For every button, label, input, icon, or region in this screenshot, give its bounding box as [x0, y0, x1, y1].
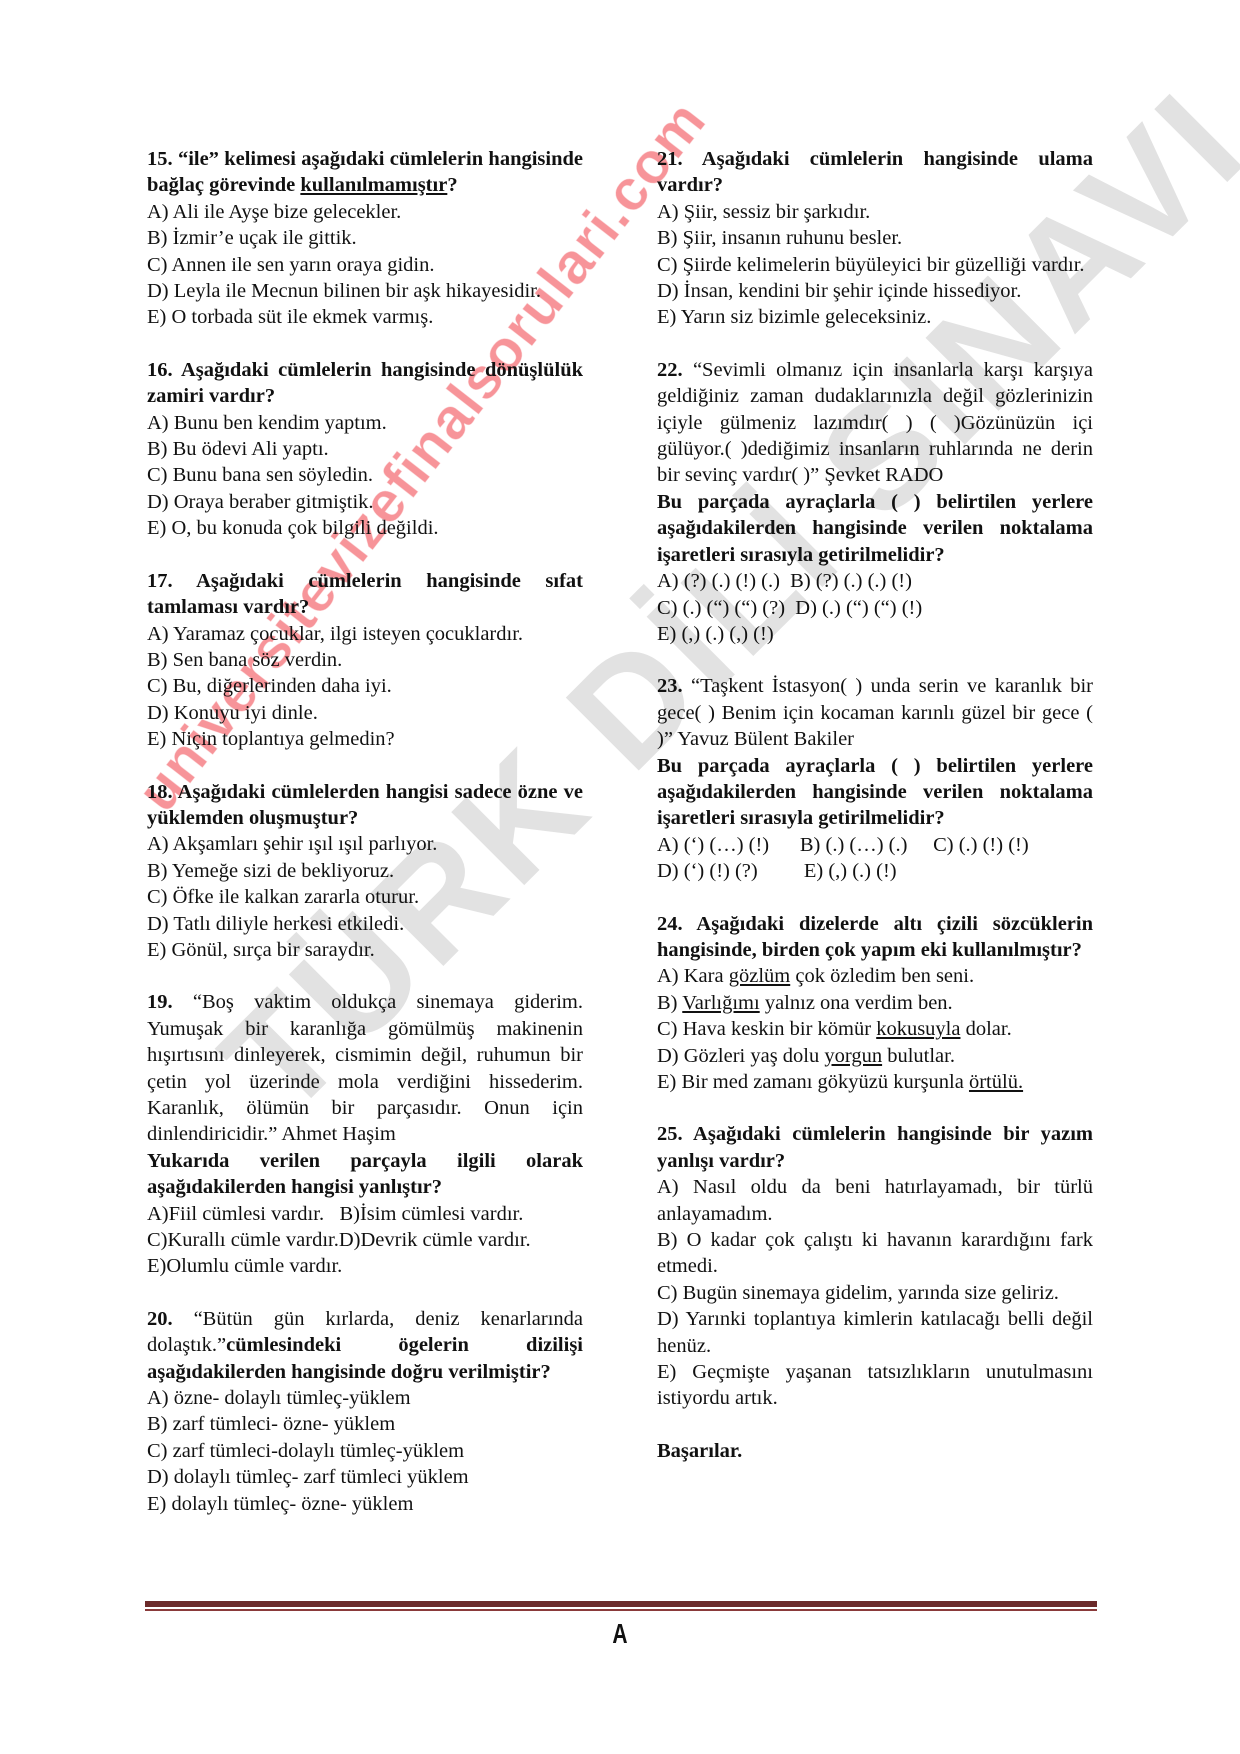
option-d[interactable]: D) Yarınki toplantıya kimlerin katılacağ…	[657, 1306, 1093, 1359]
question-18: 18. Aşağıdaki cümlelerden hangisi sadece…	[147, 779, 583, 964]
option-d[interactable]: D) Konuyu iyi dinle.	[147, 700, 583, 726]
question-stem: 25. Aşağıdaki cümlelerin hangisinde bir …	[657, 1121, 1093, 1174]
options-c-d[interactable]: C) (.) (“) (“) (?) D) (.) (“) (“) (!)	[657, 595, 1093, 621]
option-e[interactable]: E)Olumlu cümle vardır.	[147, 1253, 583, 1279]
option-e[interactable]: E) Yarın siz bizimle geleceksiniz.	[657, 304, 1093, 330]
question-24: 24. Aşağıdaki dizelerde altı çizili sözc…	[657, 911, 1093, 1096]
question-22: 22. “Sevimli olmanız için insanlarla kar…	[657, 357, 1093, 647]
question-23: 23. “Taşkent İstasyon( ) unda serin ve k…	[657, 673, 1093, 884]
option-a[interactable]: A) Yaramaz çocuklar, ilgi isteyen çocukl…	[147, 621, 583, 647]
question-stem: Yukarıda verilen parçayla ilgili olarak …	[147, 1148, 583, 1201]
underlined-word: gözlüm	[729, 965, 791, 987]
option-a[interactable]: A) Nasıl oldu da beni hatırlayamadı, bir…	[657, 1174, 1093, 1227]
options-d-e[interactable]: D) (‘) (!) (?) E) (,) (.) (!)	[657, 858, 1093, 884]
question-stem: 24. Aşağıdaki dizelerde altı çizili sözc…	[657, 911, 1093, 964]
question-stem: Bu parçada ayraçlarla ( ) belirtilen yer…	[657, 489, 1093, 568]
option-d[interactable]: D) dolaylı tümleç- zarf tümleci yüklem	[147, 1464, 583, 1490]
option-c[interactable]: C) Bu, diğerlerinden daha iyi.	[147, 673, 583, 699]
underlined-word: Varlığımı	[682, 992, 759, 1014]
question-stem: 17. Aşağıdaki cümlelerin hangisinde sıfa…	[147, 568, 583, 621]
option-c[interactable]: C) Hava keskin bir kömür kokusuyla dolar…	[657, 1016, 1093, 1042]
question-25: 25. Aşağıdaki cümlelerin hangisinde bir …	[657, 1121, 1093, 1411]
question-stem: 15. “ile” kelimesi aşağıdaki cümlelerin …	[147, 146, 583, 199]
option-b[interactable]: B) Bu ödevi Ali yaptı.	[147, 436, 583, 462]
underlined-word: kokusuyla	[876, 1018, 960, 1040]
question-17: 17. Aşağıdaki cümlelerin hangisinde sıfa…	[147, 568, 583, 753]
option-b[interactable]: B) O kadar çok çalıştı ki havanın karard…	[657, 1227, 1093, 1280]
question-passage: 19. “Boş vaktim oldukça sinemaya giderim…	[147, 989, 583, 1147]
option-e[interactable]: E) dolaylı tümleç- özne- yüklem	[147, 1491, 583, 1517]
question-19: 19. “Boş vaktim oldukça sinemaya giderim…	[147, 989, 583, 1279]
option-c[interactable]: C) Annen ile sen yarın oraya gidin.	[147, 252, 583, 278]
option-b[interactable]: B) zarf tümleci- özne- yüklem	[147, 1411, 583, 1437]
options-a-b[interactable]: A) (?) (.) (!) (.) B) (?) (.) (.) (!)	[657, 568, 1093, 594]
booklet-letter: A	[155, 1618, 1085, 1650]
left-column: 15. “ile” kelimesi aşağıdaki cümlelerin …	[147, 146, 583, 1543]
question-passage: 20. “Bütün gün kırlarda, deniz kenarları…	[147, 1306, 583, 1385]
question-16: 16. Aşağıdaki cümlelerin hangisinde dönü…	[147, 357, 583, 542]
question-passage: 22. “Sevimli olmanız için insanlarla kar…	[657, 357, 1093, 489]
option-b[interactable]: B) İzmir’e uçak ile gittik.	[147, 225, 583, 251]
option-d[interactable]: D) Tatlı diliyle herkesi etkiledi.	[147, 911, 583, 937]
option-e[interactable]: E) (,) (.) (,) (!)	[657, 621, 1093, 647]
underlined-keyword: kullanılmamıştır	[300, 174, 447, 196]
option-a[interactable]: A) Kara gözlüm çok özledim ben seni.	[657, 963, 1093, 989]
option-e[interactable]: E) Gönül, sırça bir saraydır.	[147, 937, 583, 963]
question-stem: 21. Aşağıdaki cümlelerin hangisinde ulam…	[657, 146, 1093, 199]
option-d[interactable]: D) Oraya beraber gitmiştik.	[147, 489, 583, 515]
option-d[interactable]: D) Gözleri yaş dolu yorgun bulutlar.	[657, 1043, 1093, 1069]
question-stem: 18. Aşağıdaki cümlelerden hangisi sadece…	[147, 779, 583, 832]
question-passage: 23. “Taşkent İstasyon( ) unda serin ve k…	[657, 673, 1093, 752]
option-e[interactable]: E) Niçin toplantıya gelmedin?	[147, 726, 583, 752]
option-b[interactable]: B) Şiir, insanın ruhunu besler.	[657, 225, 1093, 251]
options-a-b-c[interactable]: A) (‘) (…) (!) B) (.) (…) (.) C) (.) (!)…	[657, 832, 1093, 858]
question-20: 20. “Bütün gün kırlarda, deniz kenarları…	[147, 1306, 583, 1517]
option-b[interactable]: B) Varlığımı yalnız ona verdim ben.	[657, 990, 1093, 1016]
right-column: 21. Aşağıdaki cümlelerin hangisinde ulam…	[657, 146, 1093, 1464]
option-e[interactable]: E) Bir med zamanı gökyüzü kurşunla örtül…	[657, 1069, 1093, 1095]
question-21: 21. Aşağıdaki cümlelerin hangisinde ulam…	[657, 146, 1093, 331]
option-a[interactable]: A) Şiir, sessiz bir şarkıdır.	[657, 199, 1093, 225]
options-c-d[interactable]: C)Kurallı cümle vardır.D)Devrik cümle va…	[147, 1227, 583, 1253]
option-c[interactable]: C) Şiirde kelimelerin büyüleyici bir güz…	[657, 252, 1093, 278]
option-a[interactable]: A) Akşamları şehir ışıl ışıl parlıyor.	[147, 831, 583, 857]
option-b[interactable]: B) Yemeğe sizi de bekliyoruz.	[147, 858, 583, 884]
option-a[interactable]: A) özne- dolaylı tümleç-yüklem	[147, 1385, 583, 1411]
option-e[interactable]: E) O, bu konuda çok bilgili değildi.	[147, 515, 583, 541]
question-stem: 16. Aşağıdaki cümlelerin hangisinde dönü…	[147, 357, 583, 410]
option-b[interactable]: B) Sen bana söz verdin.	[147, 647, 583, 673]
option-d[interactable]: D) Leyla ile Mecnun bilinen bir aşk hika…	[147, 278, 583, 304]
option-c[interactable]: C) zarf tümleci-dolaylı tümleç-yüklem	[147, 1438, 583, 1464]
question-15: 15. “ile” kelimesi aşağıdaki cümlelerin …	[147, 146, 583, 331]
options-a-b[interactable]: A)Fiil cümlesi vardır. B)İsim cümlesi va…	[147, 1201, 583, 1227]
underlined-word: örtülü.	[969, 1071, 1023, 1093]
option-a[interactable]: A) Bunu ben kendim yaptım.	[147, 410, 583, 436]
option-a[interactable]: A) Ali ile Ayşe bize gelecekler.	[147, 199, 583, 225]
footer-divider	[145, 1601, 1097, 1611]
option-e[interactable]: E) Geçmişte yaşanan tatsızlıkların unutu…	[657, 1359, 1093, 1412]
option-e[interactable]: E) O torbada süt ile ekmek varmış.	[147, 304, 583, 330]
question-stem: Bu parçada ayraçlarla ( ) belirtilen yer…	[657, 753, 1093, 832]
closing-text: Başarılar.	[657, 1438, 1093, 1464]
underlined-word: yorgun	[824, 1045, 882, 1067]
option-c[interactable]: C) Bunu bana sen söyledin.	[147, 462, 583, 488]
option-c[interactable]: C) Öfke ile kalkan zararla oturur.	[147, 884, 583, 910]
option-c[interactable]: C) Bugün sinemaya gidelim, yarında size …	[657, 1280, 1093, 1306]
option-d[interactable]: D) İnsan, kendini bir şehir içinde hisse…	[657, 278, 1093, 304]
